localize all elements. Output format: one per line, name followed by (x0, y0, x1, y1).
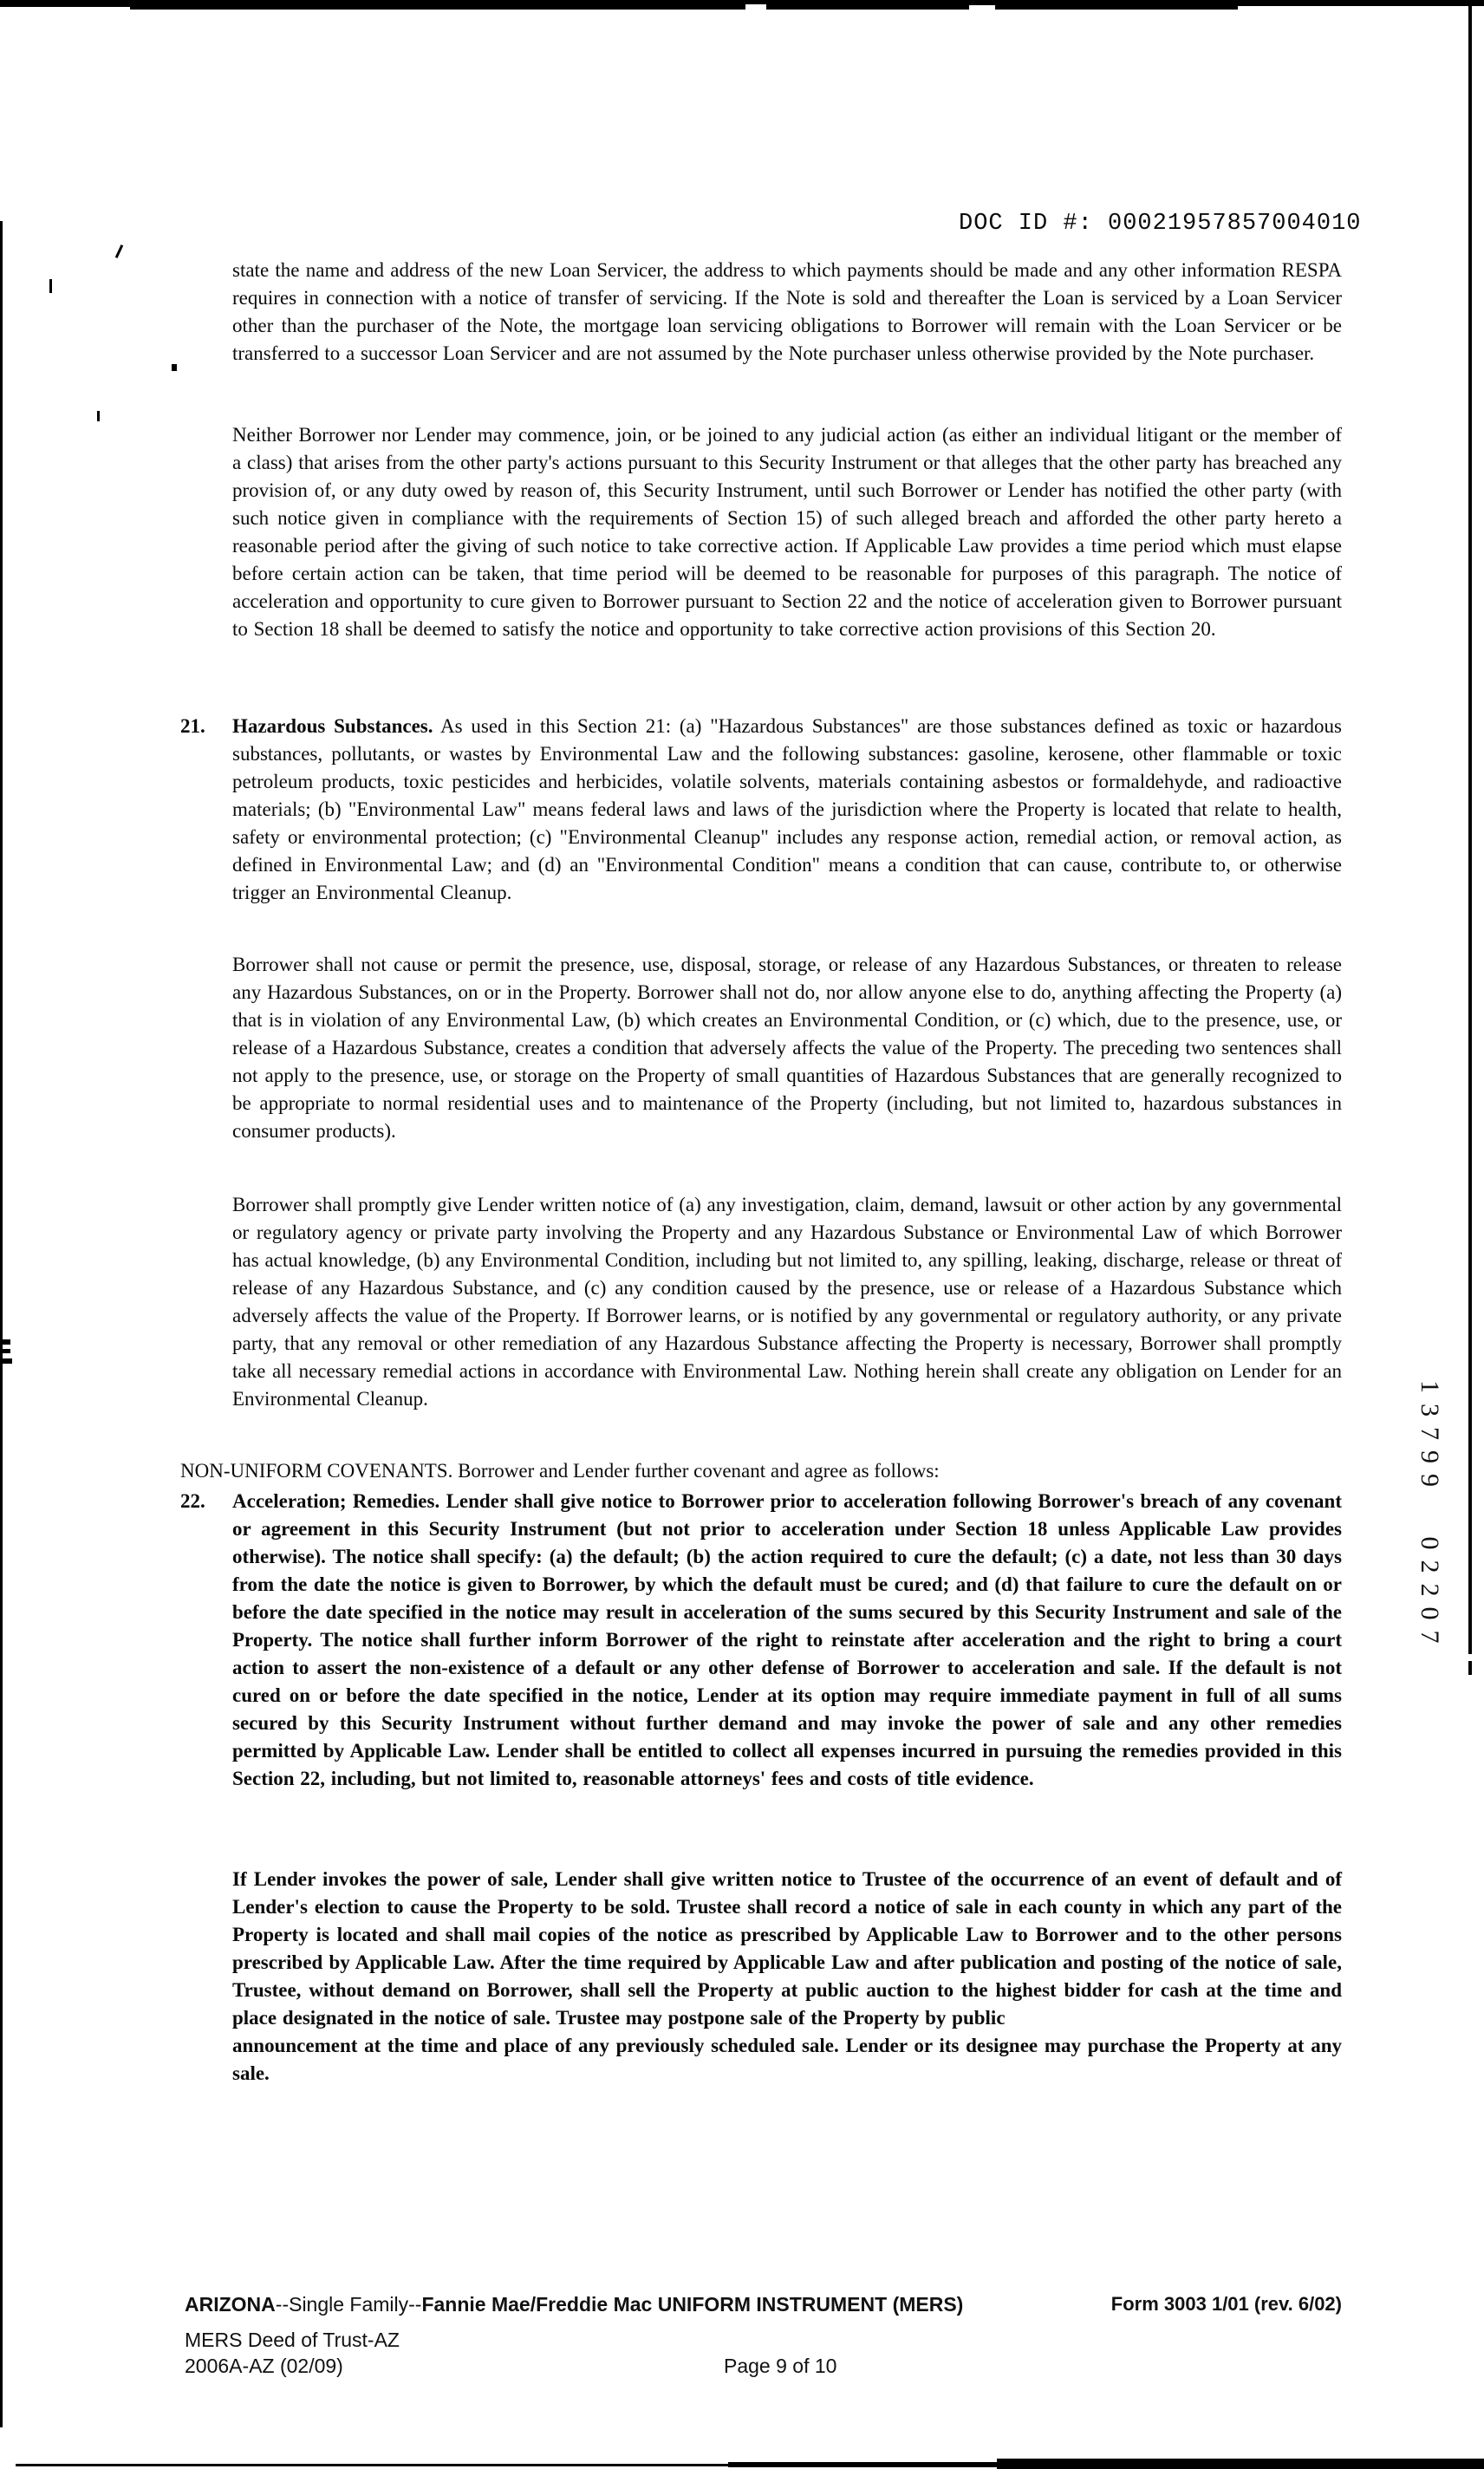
scan-artifact-notch (745, 4, 766, 10)
footer-instrument-label: Fannie Mae/Freddie Mac UNIFORM INSTRUMEN… (421, 2293, 963, 2316)
footer-page-number: Page 9 of 10 (724, 2355, 836, 2378)
scan-speck (115, 244, 123, 258)
footer-line-3: 2006A-AZ (02/09) Page 9 of 10 (185, 2355, 1342, 2378)
scan-speck (97, 411, 100, 421)
non-uniform-lead: NON-UNIFORM COVENANTS. (180, 1460, 452, 1482)
section-22-acceleration-remedies: 22. Acceleration; Remedies. Lender shall… (180, 1488, 1342, 1793)
paragraph-judicial-action: Neither Borrower nor Lender may commence… (232, 421, 1342, 643)
footer-state-label: ARIZONA (185, 2293, 276, 2316)
paragraph-borrower-prompt-notice: Borrower shall promptly give Lender writ… (232, 1191, 1342, 1413)
scan-speck (172, 364, 177, 371)
power-of-sale-text-continued: announcement at the time and place of an… (232, 2032, 1342, 2088)
scan-speck (49, 279, 52, 293)
section-22-power-of-sale-paragraph: If Lender invokes the power of sale, Len… (232, 1866, 1342, 2088)
section-title: Hazardous Substances. (232, 715, 433, 737)
scan-artifact-bottom-bar (997, 2459, 1484, 2469)
doc-id-label: DOC ID #: 00021957857004010 (959, 211, 1361, 237)
section-text: Lender shall give notice to Borrower pri… (232, 1490, 1342, 1789)
footer-family-label: --Single Family-- (276, 2293, 422, 2316)
section-number: 22. (180, 1488, 205, 1515)
scan-smudge (2, 1349, 10, 1353)
non-uniform-rest: Borrower and Lender further covenant and… (458, 1460, 940, 1482)
footer-mers-label: MERS Deed of Trust-AZ (185, 2329, 400, 2351)
section-21-hazardous-substances: 21. Hazardous Substances. As used in thi… (180, 713, 1342, 907)
non-uniform-covenants-heading: NON-UNIFORM COVENANTS. Borrower and Lend… (180, 1457, 1342, 1485)
footer-line-2: MERS Deed of Trust-AZ (185, 2329, 1342, 2355)
scan-artifact-notch (1468, 1654, 1472, 1661)
scan-artifact-notch (0, 7, 130, 10)
section-number: 21. (180, 713, 205, 740)
scan-artifact-notch (1238, 6, 1484, 10)
scan-smudge (0, 1339, 10, 1345)
section-title: Acceleration; Remedies. (232, 1490, 439, 1512)
page-footer: ARIZONA--Single Family--Fannie Mae/Fredd… (185, 2293, 1342, 2378)
scan-artifact-left-line (0, 221, 3, 2427)
sideways-margin-number: 13799 02207 (1415, 1380, 1444, 1654)
footer-line-1: ARIZONA--Single Family--Fannie Mae/Fredd… (185, 2293, 1342, 2329)
section-text: As used in this Section 21: (a) "Hazardo… (232, 715, 1342, 903)
footer-form-number: Form 3003 1/01 (rev. 6/02) (1111, 2293, 1342, 2316)
scan-artifact-notch (969, 5, 995, 10)
paragraph-borrower-shall-not-cause: Borrower shall not cause or permit the p… (232, 951, 1342, 1145)
footer-doc-code: 2006A-AZ (02/09) (185, 2355, 343, 2377)
scanned-document-page: DOC ID #: 00021957857004010 state the na… (0, 0, 1484, 2469)
paragraph-loan-servicer: state the name and address of the new Lo… (232, 257, 1342, 368)
power-of-sale-text: If Lender invokes the power of sale, Len… (232, 1866, 1342, 2032)
scan-smudge (0, 1358, 12, 1364)
scan-artifact-right-line (1468, 0, 1472, 1675)
